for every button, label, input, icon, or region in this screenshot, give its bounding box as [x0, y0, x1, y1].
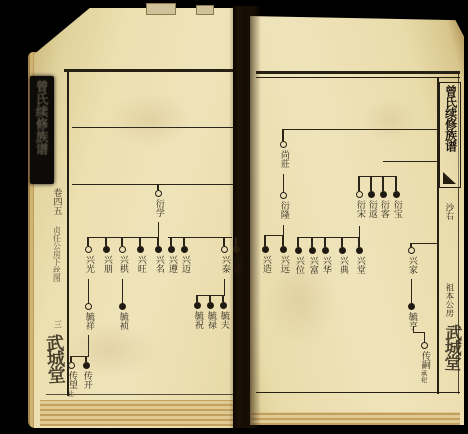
descent-line — [283, 174, 284, 193]
left-page-margin-rule — [67, 69, 69, 396]
tree-node: 兴远 — [276, 246, 290, 273]
person-name: 毓祯 — [117, 312, 127, 330]
tree-node: 兴迈 — [177, 246, 191, 273]
tree-node: 毓祯 — [115, 303, 129, 330]
genealogy-title: 曾氏续修族谱 — [444, 85, 457, 151]
tree-node: 传开 — [79, 362, 93, 389]
tree-node: 兴遵 — [164, 246, 178, 273]
person-name: 衍隆 — [278, 201, 288, 219]
person-name: 兴家 — [406, 256, 416, 274]
location-label: 沙右 — [444, 203, 453, 220]
elbow-connector — [411, 243, 437, 244]
tree-node: 兴华 — [318, 247, 332, 274]
person-name: 毓祝 — [192, 311, 202, 329]
tree-node: 衍客 — [376, 191, 390, 218]
filled-circle-marker — [137, 246, 144, 253]
index-tab — [146, 3, 176, 15]
generation-line — [283, 129, 437, 130]
descent-line — [158, 222, 159, 238]
filled-circle-marker — [309, 247, 316, 254]
person-name: 兴遵 — [166, 255, 176, 273]
person-name: 衍客 — [378, 200, 388, 218]
filled-circle-marker — [280, 246, 287, 253]
person-name: 衍返 — [366, 200, 376, 218]
descent-line — [224, 279, 225, 296]
tree-node: 兴光 — [81, 246, 95, 273]
descent-line — [88, 335, 89, 357]
tree-node: 兴栱 — [115, 246, 129, 273]
tree-node: 兴朋 — [99, 246, 113, 273]
filled-circle-marker — [380, 191, 387, 198]
filled-circle-marker — [155, 246, 162, 253]
filled-circle-marker — [262, 246, 269, 253]
person-name: 兴栱 — [117, 255, 127, 273]
tree-node: 兴富 — [305, 247, 319, 274]
tree-node: 毓禄 — [203, 302, 217, 329]
filled-circle-marker — [339, 247, 346, 254]
person-name: 兴光 — [83, 255, 93, 273]
index-tab — [196, 5, 214, 15]
sibling-bracket — [359, 176, 397, 177]
volume-label: 卷四五 — [51, 188, 60, 215]
tree-node: 衍学 — [151, 190, 165, 217]
generation-line — [72, 127, 233, 128]
person-name: 兴名 — [153, 255, 163, 273]
open-circle-marker — [421, 342, 428, 349]
person-name: 传望 — [66, 371, 76, 389]
generation-line — [72, 184, 233, 185]
person-name: 兴富 — [307, 256, 317, 274]
tree-node: 毓祝 — [190, 302, 204, 329]
person-name: 传开 — [81, 371, 91, 389]
hall-mark-right: 武城堂 — [440, 324, 459, 370]
tree-node: 兴典 — [335, 247, 349, 274]
person-name: 兴华 — [320, 256, 330, 274]
open-circle-marker — [408, 247, 415, 254]
person-name: 兴泰 — [219, 255, 229, 273]
filled-circle-marker — [194, 302, 201, 309]
tree-node: 兴堂 — [352, 247, 366, 274]
spine-title-block: 曾氏续修族谱 — [30, 76, 54, 184]
annotation: 承祀 — [420, 370, 429, 383]
tree-node: 衍宝 — [389, 191, 403, 218]
page-number: 三 — [53, 320, 61, 328]
person-name: 尚莊 — [278, 150, 288, 168]
filled-circle-marker — [168, 246, 175, 253]
person-name: 毓祥 — [83, 312, 93, 330]
person-name: 兴造 — [260, 255, 270, 273]
person-name: 兴堂 — [354, 256, 364, 274]
tree-node: 毓夫 — [216, 302, 230, 329]
filled-circle-marker — [393, 191, 400, 198]
spine-title: 曾氏续修族谱 — [35, 80, 48, 155]
filled-circle-marker — [207, 302, 214, 309]
person-name: 兴典 — [337, 256, 347, 274]
section-label: 贞任公房下丝图 — [52, 226, 60, 282]
tree-node: 兴家 — [404, 247, 418, 274]
person-name: 衍学 — [153, 199, 163, 217]
open-circle-marker — [155, 190, 162, 197]
open-circle-marker — [85, 303, 92, 310]
open-circle-marker — [356, 191, 363, 198]
person-name: 兴迈 — [179, 255, 189, 273]
title-box-ornament — [443, 172, 456, 184]
tree-node: 传望止 — [64, 362, 78, 397]
generation-line — [383, 161, 437, 162]
person-name: 兴遣 — [231, 255, 241, 273]
tree-node: 兴名 — [151, 246, 165, 273]
open-circle-marker — [221, 246, 228, 253]
branch-label: 祖本公房 — [444, 283, 453, 317]
filled-circle-marker — [356, 247, 363, 254]
person-name: 兴朋 — [101, 255, 111, 273]
person-name: 毓禄 — [205, 311, 215, 329]
filled-circle-marker — [295, 247, 302, 254]
open-circle-marker — [68, 362, 75, 369]
open-circle-marker — [280, 192, 287, 199]
filled-circle-marker — [233, 246, 240, 253]
tree-node: 兴造 — [258, 246, 272, 273]
open-circle-marker — [85, 246, 92, 253]
person-name: 兴位 — [293, 256, 303, 274]
right-page-bottom-border — [256, 392, 460, 393]
sibling-bracket — [298, 237, 360, 238]
person-name: 传嗣 — [419, 351, 429, 369]
annotation: 止 — [67, 390, 76, 397]
tree-node: 衍隆 — [276, 192, 290, 219]
right-page-inner-top-border — [256, 77, 460, 78]
tree-node: 兴位 — [291, 247, 305, 274]
filled-circle-marker — [220, 302, 227, 309]
book-photo: 曾氏续修族谱 卷四五 贞任公房下丝图 三 武城堂 曾氏续修族谱 沙右 祖本公房 … — [0, 0, 468, 434]
descent-line — [411, 279, 412, 304]
open-circle-marker — [280, 141, 287, 148]
tree-node: 兴旺 — [133, 246, 147, 273]
descent-line — [122, 279, 123, 304]
hall-mark-left: 武城堂 — [43, 334, 64, 383]
right-page-top-border — [256, 71, 460, 74]
tree-node: 传嗣承祀 — [417, 342, 431, 383]
filled-circle-marker — [408, 303, 415, 310]
tree-node: 毓祥 — [81, 303, 95, 330]
left-page-top-border — [64, 69, 233, 72]
filled-circle-marker — [103, 246, 110, 253]
sibling-bracket — [197, 295, 225, 296]
filled-circle-marker — [322, 247, 329, 254]
filled-circle-marker — [119, 303, 126, 310]
person-name: 毓亨 — [406, 312, 416, 330]
sibling-bracket — [88, 237, 159, 238]
open-circle-marker — [119, 246, 126, 253]
person-name: 衍宝 — [391, 200, 401, 218]
filled-circle-marker — [368, 191, 375, 198]
filled-circle-marker — [83, 362, 90, 369]
filled-circle-marker — [181, 246, 188, 253]
bottom-page-stack-left — [40, 400, 233, 426]
bottom-page-stack-right — [252, 412, 460, 425]
tree-node: 毓亨 — [404, 303, 418, 330]
tree-node: 兴遣 — [229, 246, 243, 273]
tree-node: 尚莊 — [276, 141, 290, 168]
person-name: 兴远 — [278, 255, 288, 273]
person-name: 衍宋 — [354, 200, 364, 218]
descent-line — [88, 279, 89, 304]
person-name: 兴旺 — [135, 255, 145, 273]
sibling-bracket — [265, 235, 284, 236]
person-name: 毓夫 — [218, 311, 228, 329]
